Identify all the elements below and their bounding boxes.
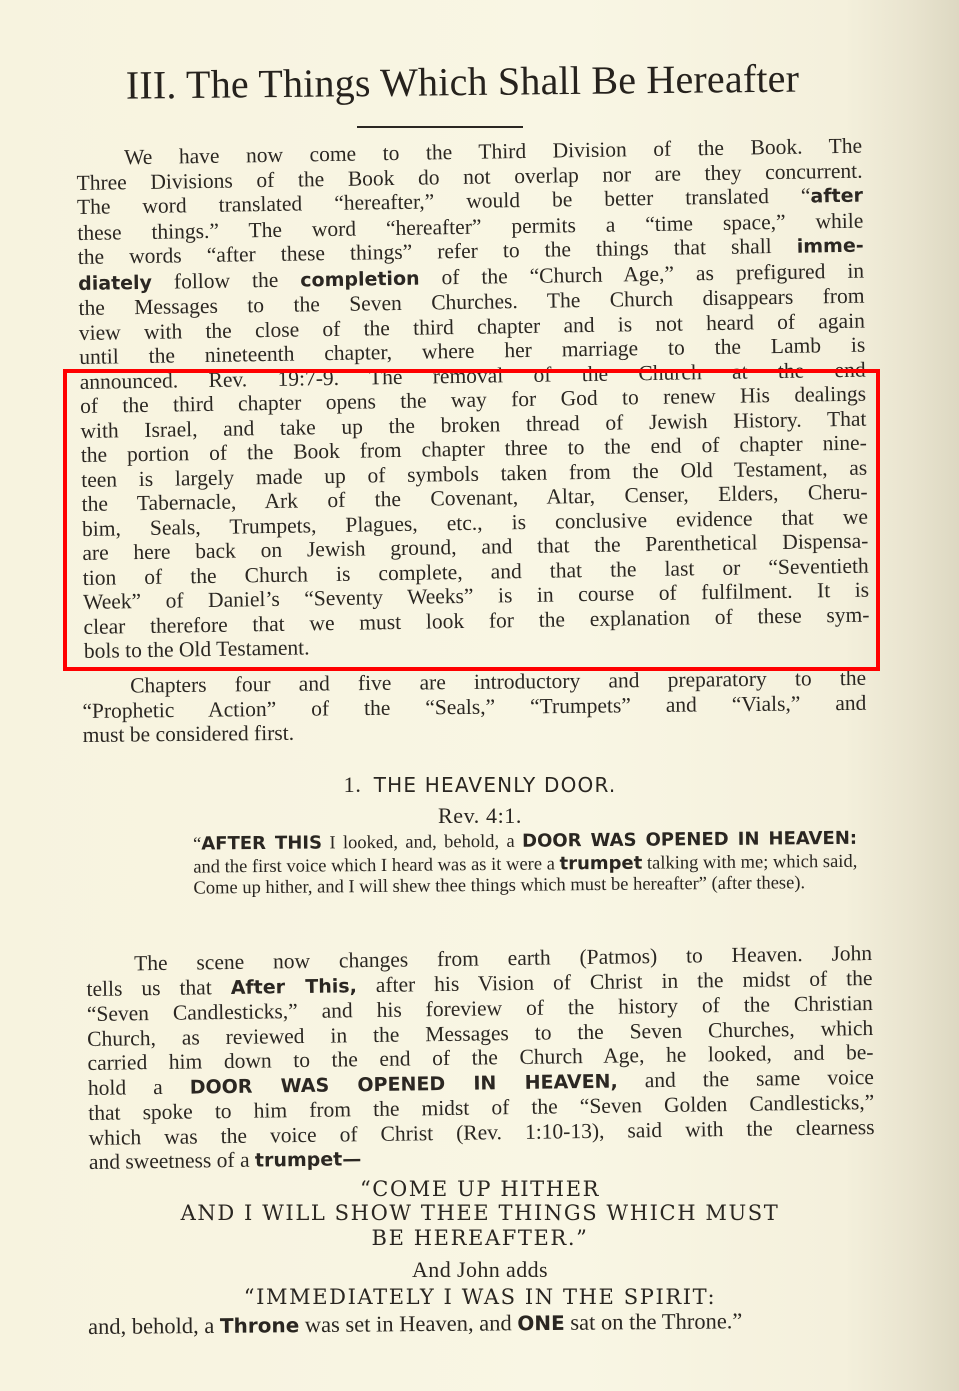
- scripture-reference: Rev. 4:1.: [100, 803, 860, 829]
- page-title: III. The Things Which Shall Be Hereafter: [90, 54, 835, 109]
- scanned-page: III. The Things Which Shall Be Hereafter…: [0, 0, 959, 1391]
- paragraph-chapters: Chapters four and five are introductory …: [82, 666, 867, 748]
- title-divider: [357, 126, 523, 128]
- proclamation-line: “IMMEDIATELY I WAS IN THE SPIRIT:: [80, 1285, 880, 1309]
- narration-line: And John adds: [80, 1257, 880, 1283]
- closing-line: and, behold, a Throne was set in Heaven,…: [88, 1307, 878, 1340]
- paragraph-intro: We have now come to the Third Division o…: [76, 134, 870, 664]
- bold-term: diately: [78, 271, 152, 294]
- bold-term: DOOR WAS OPENED IN HEAVEN:: [522, 828, 857, 852]
- bold-term: ONE: [517, 1311, 565, 1335]
- bold-term: AFTER THIS: [201, 832, 322, 854]
- proclamation-line: “COME UP HITHER: [80, 1177, 880, 1201]
- bold-term: imme-: [797, 235, 864, 258]
- bold-term: After This,: [231, 975, 357, 999]
- proclamation-line: AND I WILL SHOW THEE THINGS WHICH MUST: [80, 1201, 880, 1225]
- scripture-quote: “AFTER THIS I looked, and, behold, a DOO…: [145, 828, 858, 901]
- bold-term: trumpet—: [255, 1148, 362, 1171]
- proclamation-line: BE HEREAFTER.”: [80, 1226, 880, 1250]
- paragraph-scene: The scene now changes from earth (Patmos…: [86, 941, 875, 1175]
- bold-term: Throne: [220, 1313, 300, 1338]
- section-title: THE HEAVENLY DOOR.: [374, 773, 617, 797]
- bold-term: completion: [300, 267, 420, 291]
- section-number: 1.: [344, 772, 362, 797]
- bold-term: after: [810, 185, 863, 208]
- section-heading: 1.THE HEAVENLY DOOR.: [100, 772, 860, 798]
- bold-term: trumpet: [559, 852, 642, 874]
